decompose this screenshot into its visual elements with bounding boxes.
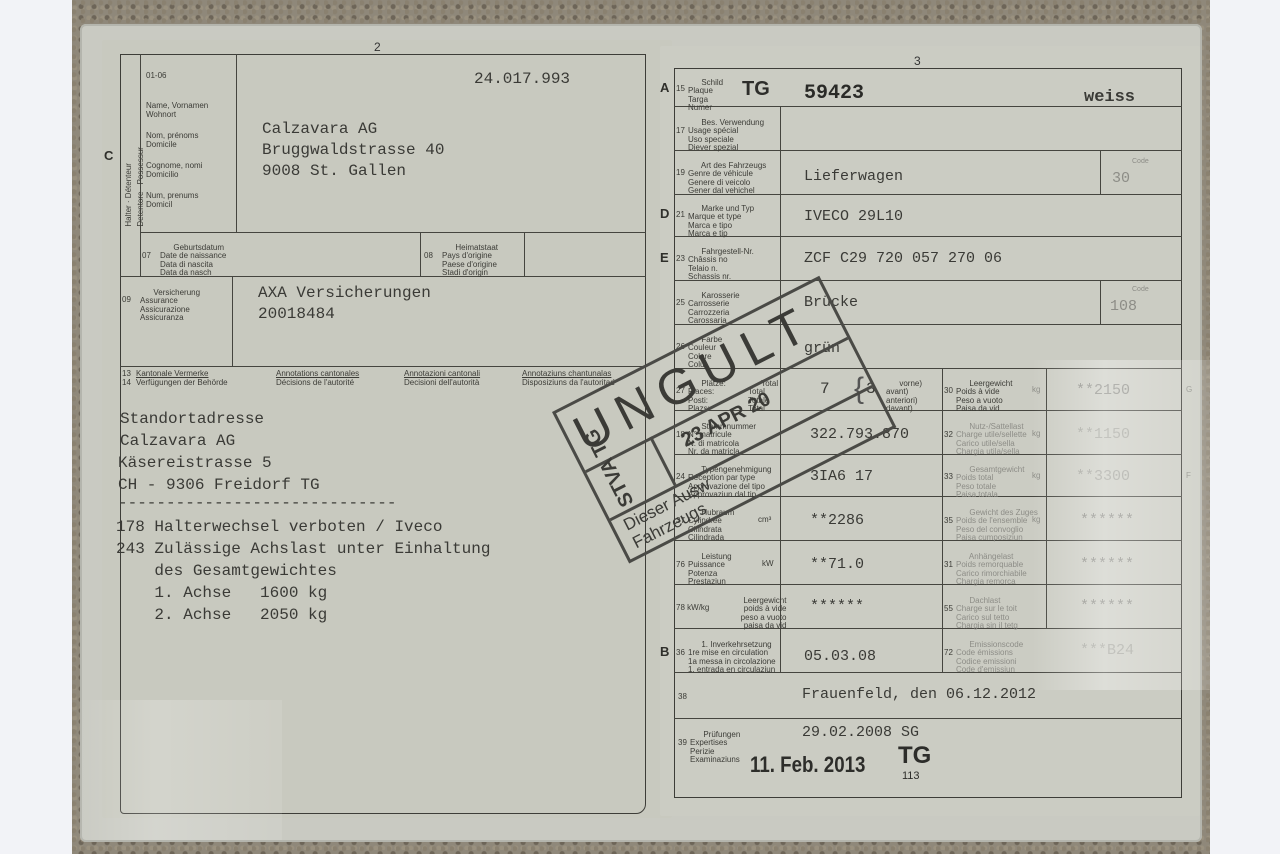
insurance-labels: VersicherungAssuranceAssicurazioneAssicu…	[140, 280, 200, 332]
birth-date-labels: GeburtsdatumDate de naissanceData di nas…	[160, 235, 226, 287]
section-letter-b: B	[660, 644, 669, 659]
power-labels: LeistungPuissancePotenzaPrestaziun	[688, 544, 732, 596]
empty-weight: **2150	[1076, 382, 1130, 399]
home-country-labels: HeimatstaatPays d'originePaese d'origine…	[442, 235, 498, 287]
holder-name: Calzavara AG	[262, 120, 377, 138]
field-code: 31	[944, 560, 953, 569]
birth-date-code: 07	[142, 252, 151, 261]
inspection-stamp-number: 113	[902, 770, 920, 782]
inspection-date: 29.02.2008 SG	[802, 724, 919, 741]
home-country-code: 08	[424, 252, 433, 261]
plate-canton: TG	[742, 78, 770, 101]
annotation-line: Käsereistrasse 5	[118, 454, 272, 472]
stamp-divider	[649, 436, 676, 485]
field-code: 32	[944, 430, 953, 439]
code-label: Code	[1132, 158, 1149, 167]
chassis-number: ZCF C29 720 057 270 06	[804, 250, 1002, 267]
plate-number: 59423	[804, 82, 864, 105]
vehicle-kind-code: 30	[1112, 170, 1130, 187]
annotation-line: Calzavara AG	[120, 432, 235, 450]
holder-label-rm: Num, prenumsDomicil	[146, 192, 198, 209]
field-code: 38	[678, 692, 687, 701]
issue-place-date: Frauenfeld, den 06.12.2012	[802, 686, 1036, 703]
annotations-header-fr: Annotations cantonalesDécisions de l'aut…	[276, 370, 359, 387]
unit: kW	[762, 560, 774, 569]
divider	[674, 584, 1182, 585]
holder-label-fr: Nom, prénomsDomicile	[146, 132, 198, 149]
make-type: IVECO 29L10	[804, 208, 903, 225]
annotations-header-it: Annotazioni cantonaliDecisioni dell'auto…	[404, 370, 480, 387]
unit: kg	[1032, 430, 1040, 439]
emission-code: ***B24	[1080, 642, 1134, 659]
annotation-separator: -----------------------------	[118, 494, 396, 512]
train-weight: ******	[1080, 512, 1134, 529]
holder-street: Bruggwaldstrasse 40	[262, 141, 444, 159]
first-registration-labels: 1. Inverkehrsetzung1re mise en circulati…	[688, 632, 776, 684]
first-registration-date: 05.03.08	[804, 648, 876, 665]
annotations-codes: 1314	[122, 370, 131, 387]
roof-load: ******	[1080, 598, 1134, 615]
divider	[1100, 150, 1101, 194]
divider	[120, 366, 646, 367]
seats-front-labels: vorne)avant)anteriori)davant)	[886, 371, 922, 423]
holder-label-it: Cognome, nomiDomicilio	[146, 162, 202, 179]
field-code: 36	[676, 648, 685, 657]
plate-color: weiss	[1084, 88, 1135, 107]
field-code: 30	[944, 386, 953, 395]
field-code: 15	[676, 84, 685, 93]
section-letter-e: E	[660, 250, 669, 265]
field-code: 39	[678, 738, 687, 747]
field-code: 25	[676, 298, 685, 307]
field-code: 35	[944, 516, 953, 525]
holder-city: 9008 St. Gallen	[262, 162, 406, 180]
field-code: 23	[676, 254, 685, 263]
page-number: 3	[914, 54, 921, 68]
insurance-code: 09	[122, 296, 131, 305]
field-code: 55	[944, 604, 953, 613]
annotations-header-rm: Annotaziuns chantunalasDisposiziuns da l…	[522, 370, 615, 387]
annotation-line: des Gesamtgewichtes	[116, 562, 337, 580]
body-code: 108	[1110, 298, 1137, 315]
displacement: **2286	[810, 512, 864, 529]
field-code: 72	[944, 648, 953, 657]
unit: kg	[1032, 386, 1040, 395]
divider	[140, 232, 646, 233]
unit: kg	[1032, 472, 1040, 481]
trailer-load: ******	[1080, 556, 1134, 573]
section-letter-a: A	[660, 80, 669, 95]
holder-label-de: Name, VornamenWohnort	[146, 102, 208, 119]
field-code: 21	[676, 210, 685, 219]
divider	[1100, 280, 1101, 324]
divider	[674, 718, 1182, 719]
payload: **1150	[1076, 426, 1130, 443]
annotation-line: 2. Achse 2050 kg	[116, 606, 327, 624]
power-weight-prefix: 78 kW/kg	[676, 604, 709, 613]
section-letter-d: D	[660, 206, 669, 221]
divider	[674, 540, 1182, 541]
power-weight: ******	[810, 598, 864, 615]
unit: kg	[1032, 516, 1040, 525]
divider	[236, 54, 237, 232]
insurance-number: 20018484	[258, 305, 335, 323]
inspection-stamp-date: 11. Feb. 2013	[750, 752, 865, 778]
annotation-line: 243 Zulässige Achslast unter Einhaltung	[116, 540, 490, 558]
annotations-header-de: Kantonale VermerkeVerfügungen der Behörd…	[136, 370, 228, 387]
page-number: 2	[374, 40, 381, 54]
code-label: Code	[1132, 286, 1149, 295]
annotation-line: Standortadresse	[120, 410, 264, 428]
inspection-stamp-canton: TG	[898, 742, 931, 770]
document-photo: 2 C Halter · Détenteur Detentore · Posse…	[72, 0, 1210, 854]
divider	[420, 232, 421, 276]
divider	[942, 368, 943, 672]
inspection-labels: PrüfungenExpertisesPerizieExaminaziuns	[690, 722, 740, 774]
annotation-line: CH - 9306 Freidorf TG	[118, 476, 320, 494]
side-letter: F	[1186, 472, 1191, 481]
type-approval: 3IA6 17	[810, 468, 873, 485]
divider	[1046, 368, 1047, 628]
annotation-line: 1. Achse 1600 kg	[116, 584, 327, 602]
registration-number: 24.017.993	[474, 70, 570, 88]
field-code: 76	[676, 560, 685, 569]
power: **71.0	[810, 556, 864, 573]
field-code: 33	[944, 472, 953, 481]
annotation-line: 178 Halterwechsel verboten / Iveco	[116, 518, 442, 536]
total-weight: **3300	[1076, 468, 1130, 485]
field-code: 17	[676, 126, 685, 135]
divider	[232, 276, 233, 366]
section-letter-c: C	[104, 148, 113, 163]
divider	[524, 232, 525, 276]
field-codes: 01-06	[146, 72, 166, 81]
field-code: 19	[676, 168, 685, 177]
vehicle-kind: Lieferwagen	[804, 168, 903, 185]
unit: cm³	[758, 516, 771, 525]
side-letter: G	[1186, 386, 1192, 395]
insurance-company: AXA Versicherungen	[258, 284, 431, 302]
emission-code-labels: EmissionscodeCode émissionsCodice emissi…	[956, 632, 1023, 684]
